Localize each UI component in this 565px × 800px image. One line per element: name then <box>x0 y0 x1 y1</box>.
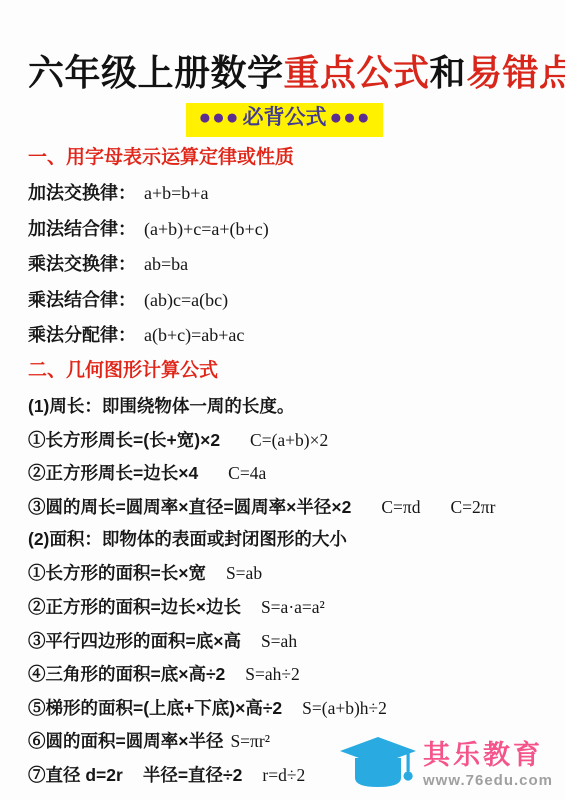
formula-value: a+b=b+a <box>144 183 208 203</box>
formula-line: ②正方形周长=边长×4C=4a <box>28 462 541 486</box>
formula-value: ab=ba <box>144 254 188 274</box>
formula-part: S=a·a=a² <box>261 597 325 617</box>
formula-line: ⑤梯形的面积=(上底+下底)×高÷2S=(a+b)h÷2 <box>28 697 541 721</box>
formula-part: S=ab <box>226 563 262 583</box>
formula-part: ④三角形的面积=底×高÷2 <box>28 664 225 684</box>
formula-part: C=πd <box>381 497 420 517</box>
formula-line: ①长方形周长=(长+宽)×2C=(a+b)×2 <box>28 429 541 453</box>
formula-part: ②正方形周长=边长×4 <box>28 463 198 483</box>
formula-part: ③圆的周长=圆周率×直径=圆周率×半径×2 <box>28 497 351 517</box>
formula-part: ②正方形的面积=边长×边长 <box>28 597 241 617</box>
title-segment-black: 和 <box>430 52 467 93</box>
formula-label: 加法交换律： <box>28 183 136 203</box>
formula-row: 加法交换律：a+b=b+a <box>28 182 541 205</box>
formula-part: 半径=直径÷2 <box>143 765 243 785</box>
document-page: 六年级上册数学重点公式和易错点 ●●●必背公式●●● 一、用字母表示运算定律或性… <box>0 0 565 788</box>
area-subheading: (2)面积：即物体的表面或封闭图形的大小 <box>28 529 541 551</box>
formula-row: 加法结合律：(a+b)+c=a+(b+c) <box>28 218 541 241</box>
must-memorize-banner: ●●●必背公式●●● <box>186 103 382 136</box>
perimeter-subheading: (1)周长：即围绕物体一周的长度。 <box>28 396 541 418</box>
banner-label: 必背公式 <box>243 106 327 129</box>
banner-dots-right: ●●● <box>330 106 371 129</box>
formula-label: 加法结合律： <box>28 219 136 239</box>
formula-part: ①长方形周长=(长+宽)×2 <box>28 430 220 450</box>
formula-part: ①长方形的面积=长×宽 <box>28 563 206 583</box>
formula-line: ③圆的周长=圆周率×直径=圆周率×半径×2C=πdC=2πr <box>28 496 541 520</box>
brand-website: www.76edu.com <box>423 772 553 789</box>
formula-line: ③平行四边形的面积=底×高S=ah <box>28 630 541 654</box>
page-title: 六年级上册数学重点公式和易错点 <box>28 52 541 93</box>
section-1-heading: 一、用字母表示运算定律或性质 <box>28 147 541 170</box>
formula-line: ④三角形的面积=底×高÷2S=ah÷2 <box>28 663 541 687</box>
graduation-cap-icon <box>340 736 416 794</box>
brand-logo: 其乐教育 www.76edu.com <box>340 736 553 794</box>
formula-label: 乘法交换律： <box>28 254 136 274</box>
formula-label: 乘法分配律： <box>28 325 136 345</box>
formula-part: C=4a <box>228 463 266 483</box>
title-segment-red: 重点公式 <box>284 52 430 93</box>
title-segment-red: 易错点 <box>466 52 565 93</box>
formula-part: ⑦直径 d=2r <box>28 765 123 785</box>
brand-name: 其乐教育 <box>423 741 553 769</box>
formula-label: 乘法结合律： <box>28 290 136 310</box>
brand-text-block: 其乐教育 www.76edu.com <box>423 741 553 788</box>
banner-dots-left: ●●● <box>198 106 239 129</box>
formula-value: a(b+c)=ab+ac <box>144 325 244 345</box>
formula-part: S=ah÷2 <box>245 664 299 684</box>
formula-part: C=(a+b)×2 <box>250 430 328 450</box>
formula-part: S=(a+b)h÷2 <box>302 698 387 718</box>
formula-part: C=2πr <box>450 497 495 517</box>
formula-part: r=d÷2 <box>262 765 305 785</box>
formula-row: 乘法分配律：a(b+c)=ab+ac <box>28 324 541 347</box>
formula-line: ②正方形的面积=边长×边长S=a·a=a² <box>28 596 541 620</box>
formula-part: ⑤梯形的面积=(上底+下底)×高÷2 <box>28 698 282 718</box>
formula-part: ⑥圆的面积=圆周率×半径 <box>28 731 223 751</box>
formula-row: 乘法交换律：ab=ba <box>28 253 541 276</box>
title-segment-black: 六年级上册数学 <box>28 52 284 93</box>
banner-row: ●●●必背公式●●● <box>28 103 541 136</box>
section-2-heading: 二、几何图形计算公式 <box>28 360 541 383</box>
formula-part: S=πr² <box>230 731 270 751</box>
formula-part: S=ah <box>261 631 297 651</box>
formula-line: ①长方形的面积=长×宽S=ab <box>28 562 541 586</box>
formula-row: 乘法结合律：(ab)c=a(bc) <box>28 289 541 312</box>
formula-value: (a+b)+c=a+(b+c) <box>144 219 269 239</box>
formula-value: (ab)c=a(bc) <box>144 290 228 310</box>
formula-part: ③平行四边形的面积=底×高 <box>28 631 241 651</box>
